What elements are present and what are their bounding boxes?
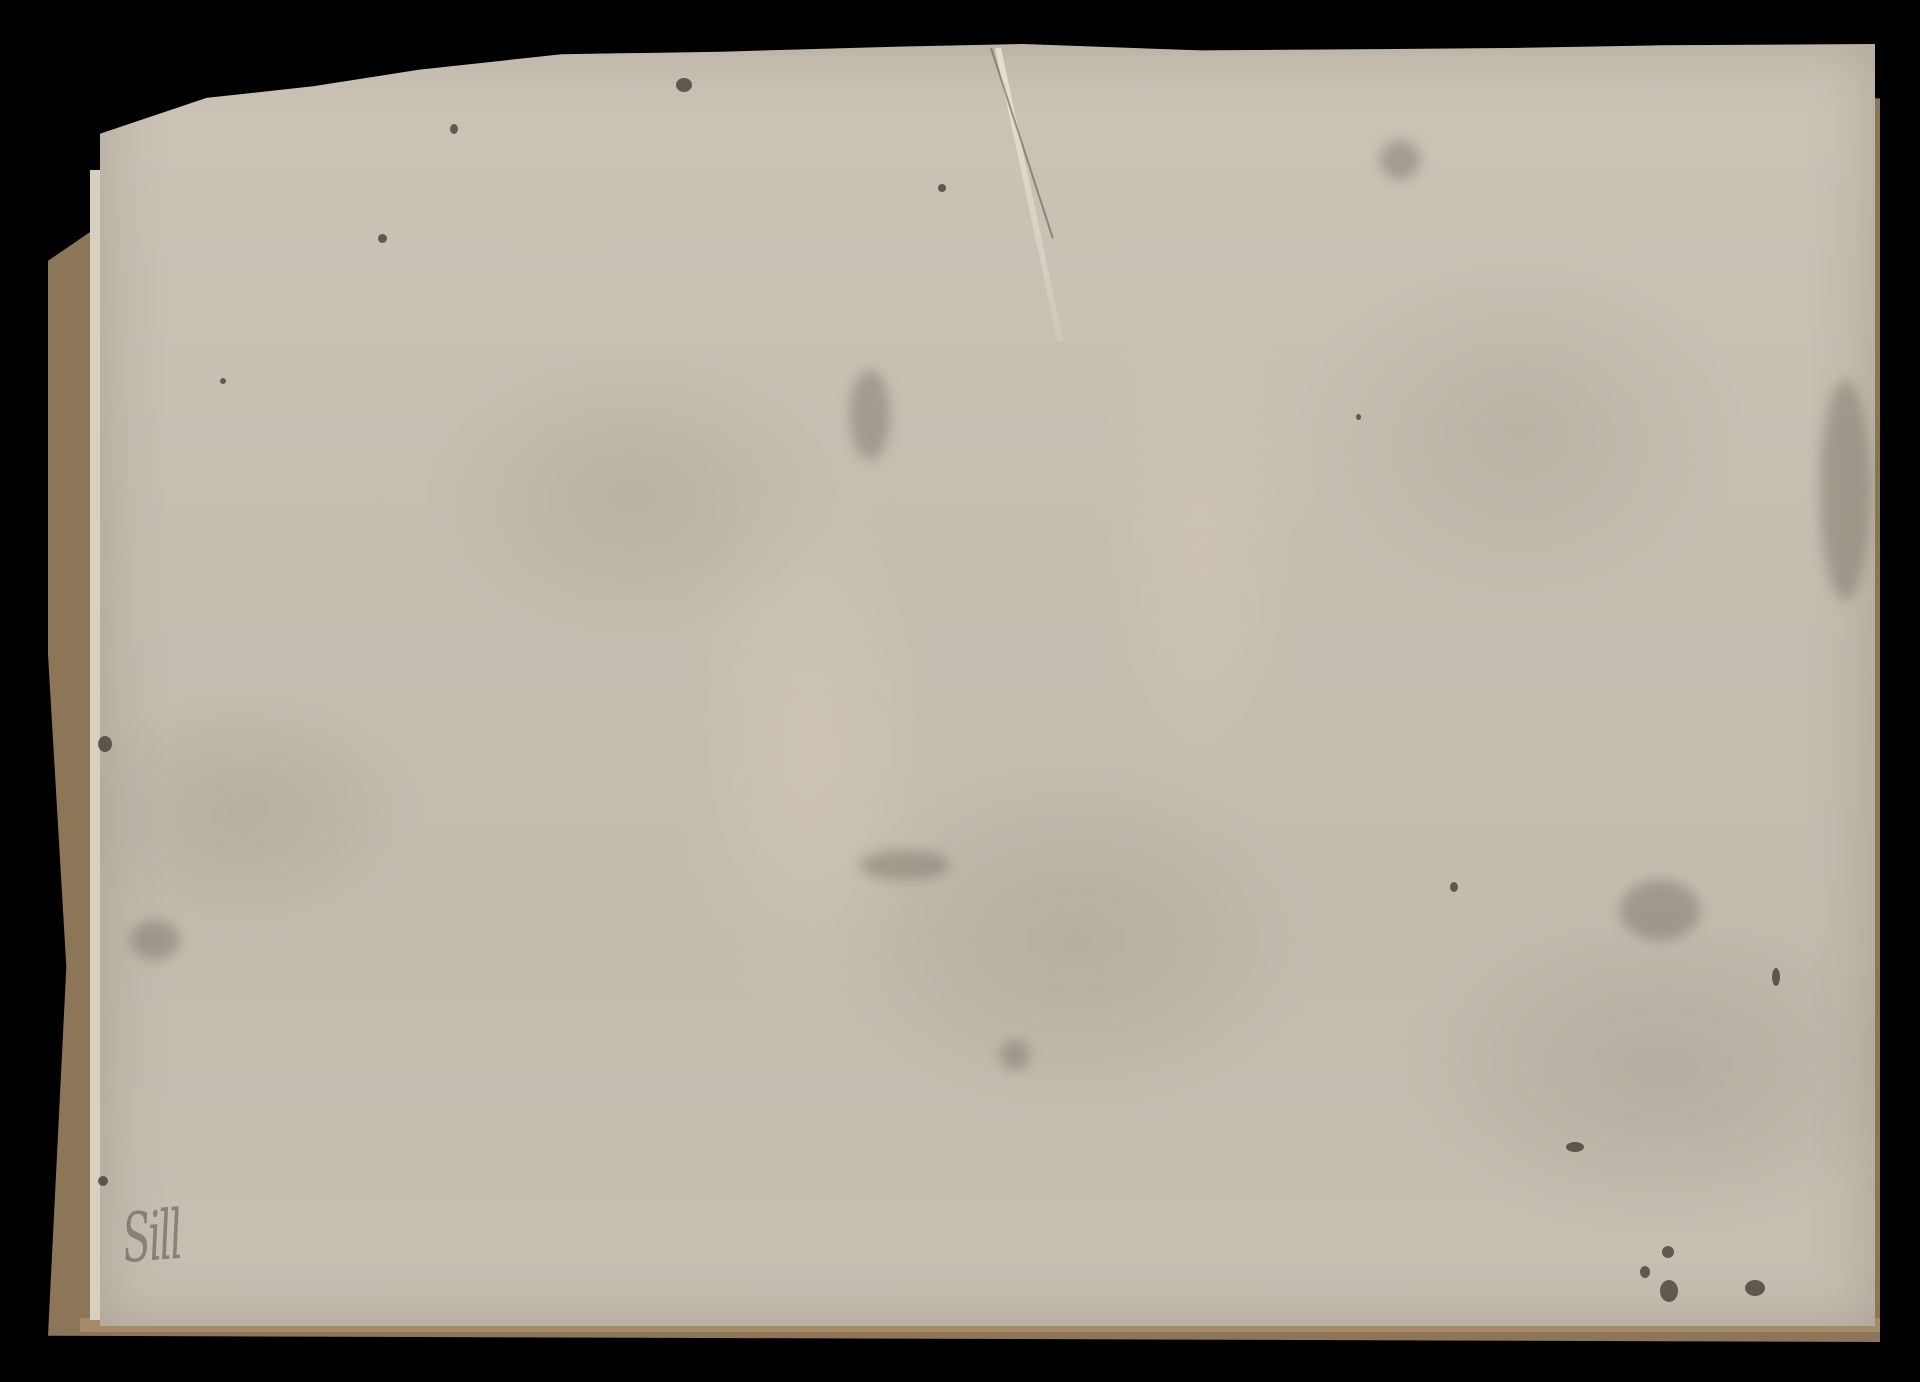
foxing-spot	[1660, 1280, 1678, 1302]
pencil-annotation: Sill	[120, 1196, 183, 1279]
water-stain	[860, 850, 950, 880]
water-stain	[1000, 1040, 1030, 1070]
water-stain	[1820, 380, 1870, 600]
foxing-spot	[378, 234, 387, 243]
foxing-spot	[98, 1176, 108, 1186]
water-stain	[850, 370, 890, 460]
foxing-spot	[1356, 414, 1361, 420]
water-stain	[1380, 140, 1420, 180]
foxing-spot	[1450, 882, 1458, 892]
foxing-spot	[450, 124, 458, 134]
aged-paper-sheet	[100, 44, 1875, 1326]
foxing-spot	[1566, 1142, 1584, 1152]
foxing-spot	[1662, 1246, 1674, 1258]
foxing-spot	[1640, 1266, 1650, 1278]
foxing-spot	[938, 184, 946, 192]
foxing-spot	[676, 78, 692, 92]
foxing-spot	[1772, 968, 1780, 986]
foxing-spot	[98, 736, 112, 752]
foxing-spot	[220, 378, 226, 384]
photo-scene: Sill	[0, 0, 1920, 1382]
foxing-spot	[1745, 1280, 1765, 1296]
water-stain	[130, 920, 180, 960]
water-stain	[1620, 880, 1700, 940]
